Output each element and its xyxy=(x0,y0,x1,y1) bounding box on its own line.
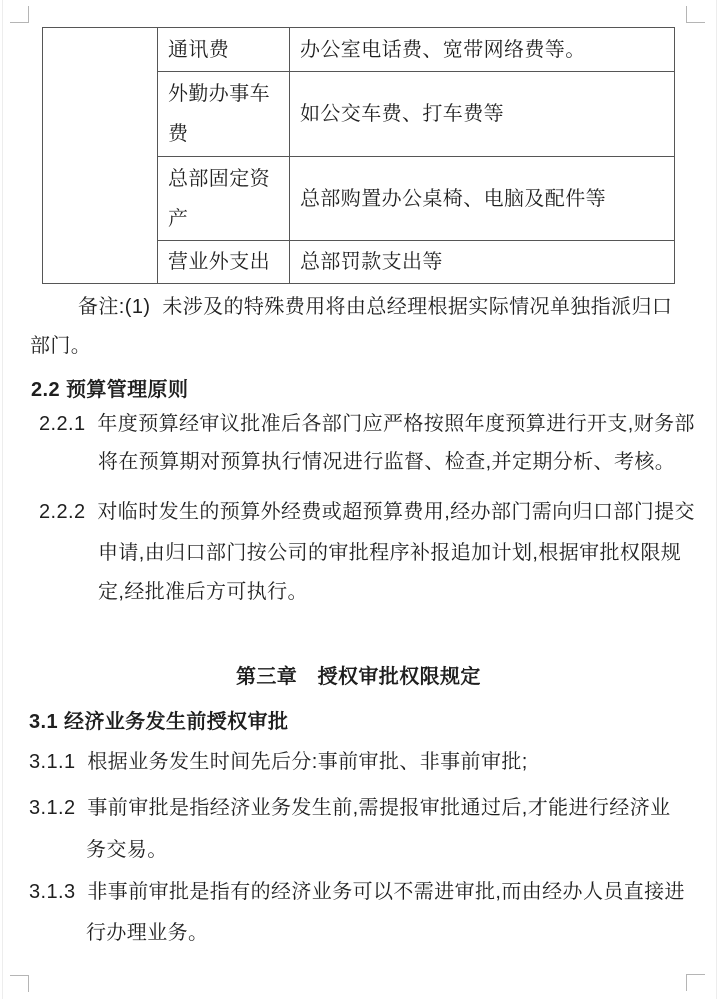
expense-name-cell: 营业外支出 xyxy=(158,241,290,284)
section-3-1-1-line-1: 3.1.1 根据业务发生时间先后分:事前审批、非事前审批; xyxy=(29,750,528,774)
section-3-1-3-line-1: 3.1.3 非事前审批是指有的经济业务可以不需进审批,而由经办人员直接进 xyxy=(29,880,685,904)
section-3-1-2-line-1: 3.1.2 事前审批是指经济业务发生前,需提报审批通过后,才能进行经济业 xyxy=(29,796,671,820)
margin-mark-top-left xyxy=(10,6,29,23)
expense-desc-cell: 如公交车费、打车费等 xyxy=(290,72,675,157)
expense-desc-cell: 总部购置办公桌椅、电脑及配件等 xyxy=(290,157,675,241)
expense-table: 通讯费 办公室电话费、宽带网络费等。 外勤办事车 费 如公交车费、打车费等 总部… xyxy=(42,27,675,284)
expense-name-cell: 通讯费 xyxy=(158,28,290,72)
expense-name: 费 xyxy=(158,114,289,154)
section-3-1-heading: 3.1 经济业务发生前授权审批 xyxy=(29,710,288,734)
expense-name: 外勤办事车 xyxy=(158,74,289,114)
expense-desc-cell: 总部罚款支出等 xyxy=(290,241,675,284)
margin-mark-bottom-right xyxy=(686,974,705,991)
margin-mark-top-right xyxy=(686,6,705,23)
note-line-2: 部门。 xyxy=(30,334,91,358)
category-group-cell xyxy=(43,28,158,284)
section-2-2-2-line-1: 2.2.2 对临时发生的预算外经费或超预算费用,经办部门需向归口部门提交 xyxy=(39,500,695,524)
section-2-2-1-line-2: 将在预算期对预算执行情况进行监督、检查,并定期分析、考核。 xyxy=(98,450,675,474)
margin-mark-bottom-left xyxy=(10,975,29,992)
document-page: { "colors": { "text": "#1f1f1f", "table_… xyxy=(0,0,720,999)
table-row: 通讯费 办公室电话费、宽带网络费等。 xyxy=(43,28,675,72)
chapter-3-heading: 第三章 授权审批权限规定 xyxy=(236,665,481,689)
expense-desc: 总部购置办公桌椅、电脑及配件等 xyxy=(290,179,674,219)
section-2-2-2-line-2: 申请,由归口部门按公司的审批程序补报追加计划,根据审批权限规 xyxy=(98,541,681,565)
expense-name-cell: 总部固定资 产 xyxy=(158,157,290,241)
expense-name: 总部固定资 xyxy=(158,159,289,199)
expense-name-cell: 外勤办事车 费 xyxy=(158,72,290,157)
section-3-1-2-line-2: 务交易。 xyxy=(86,838,168,862)
section-2-2-2-line-3: 定,经批准后方可执行。 xyxy=(98,580,308,604)
expense-desc: 总部罚款支出等 xyxy=(290,242,674,282)
expense-name: 营业外支出 xyxy=(158,242,289,282)
section-2-2-1-line-1: 2.2.1 年度预算经审议批准后各部门应严格按照年度预算进行开支,财务部 xyxy=(39,412,695,436)
expense-desc-cell: 办公室电话费、宽带网络费等。 xyxy=(290,28,675,72)
page-right-edge xyxy=(716,0,717,999)
section-3-1-3-line-2: 行办理业务。 xyxy=(86,921,208,945)
page-left-edge xyxy=(2,0,3,999)
note-line-1: 备注:(1) 未涉及的特殊费用将由总经理根据实际情况单独指派归口 xyxy=(78,295,672,319)
expense-desc: 如公交车费、打车费等 xyxy=(290,94,674,134)
section-2-2-heading: 2.2 预算管理原则 xyxy=(31,378,188,402)
expense-name: 通讯费 xyxy=(158,30,289,70)
expense-name: 产 xyxy=(158,199,289,239)
expense-desc: 办公室电话费、宽带网络费等。 xyxy=(290,30,674,70)
